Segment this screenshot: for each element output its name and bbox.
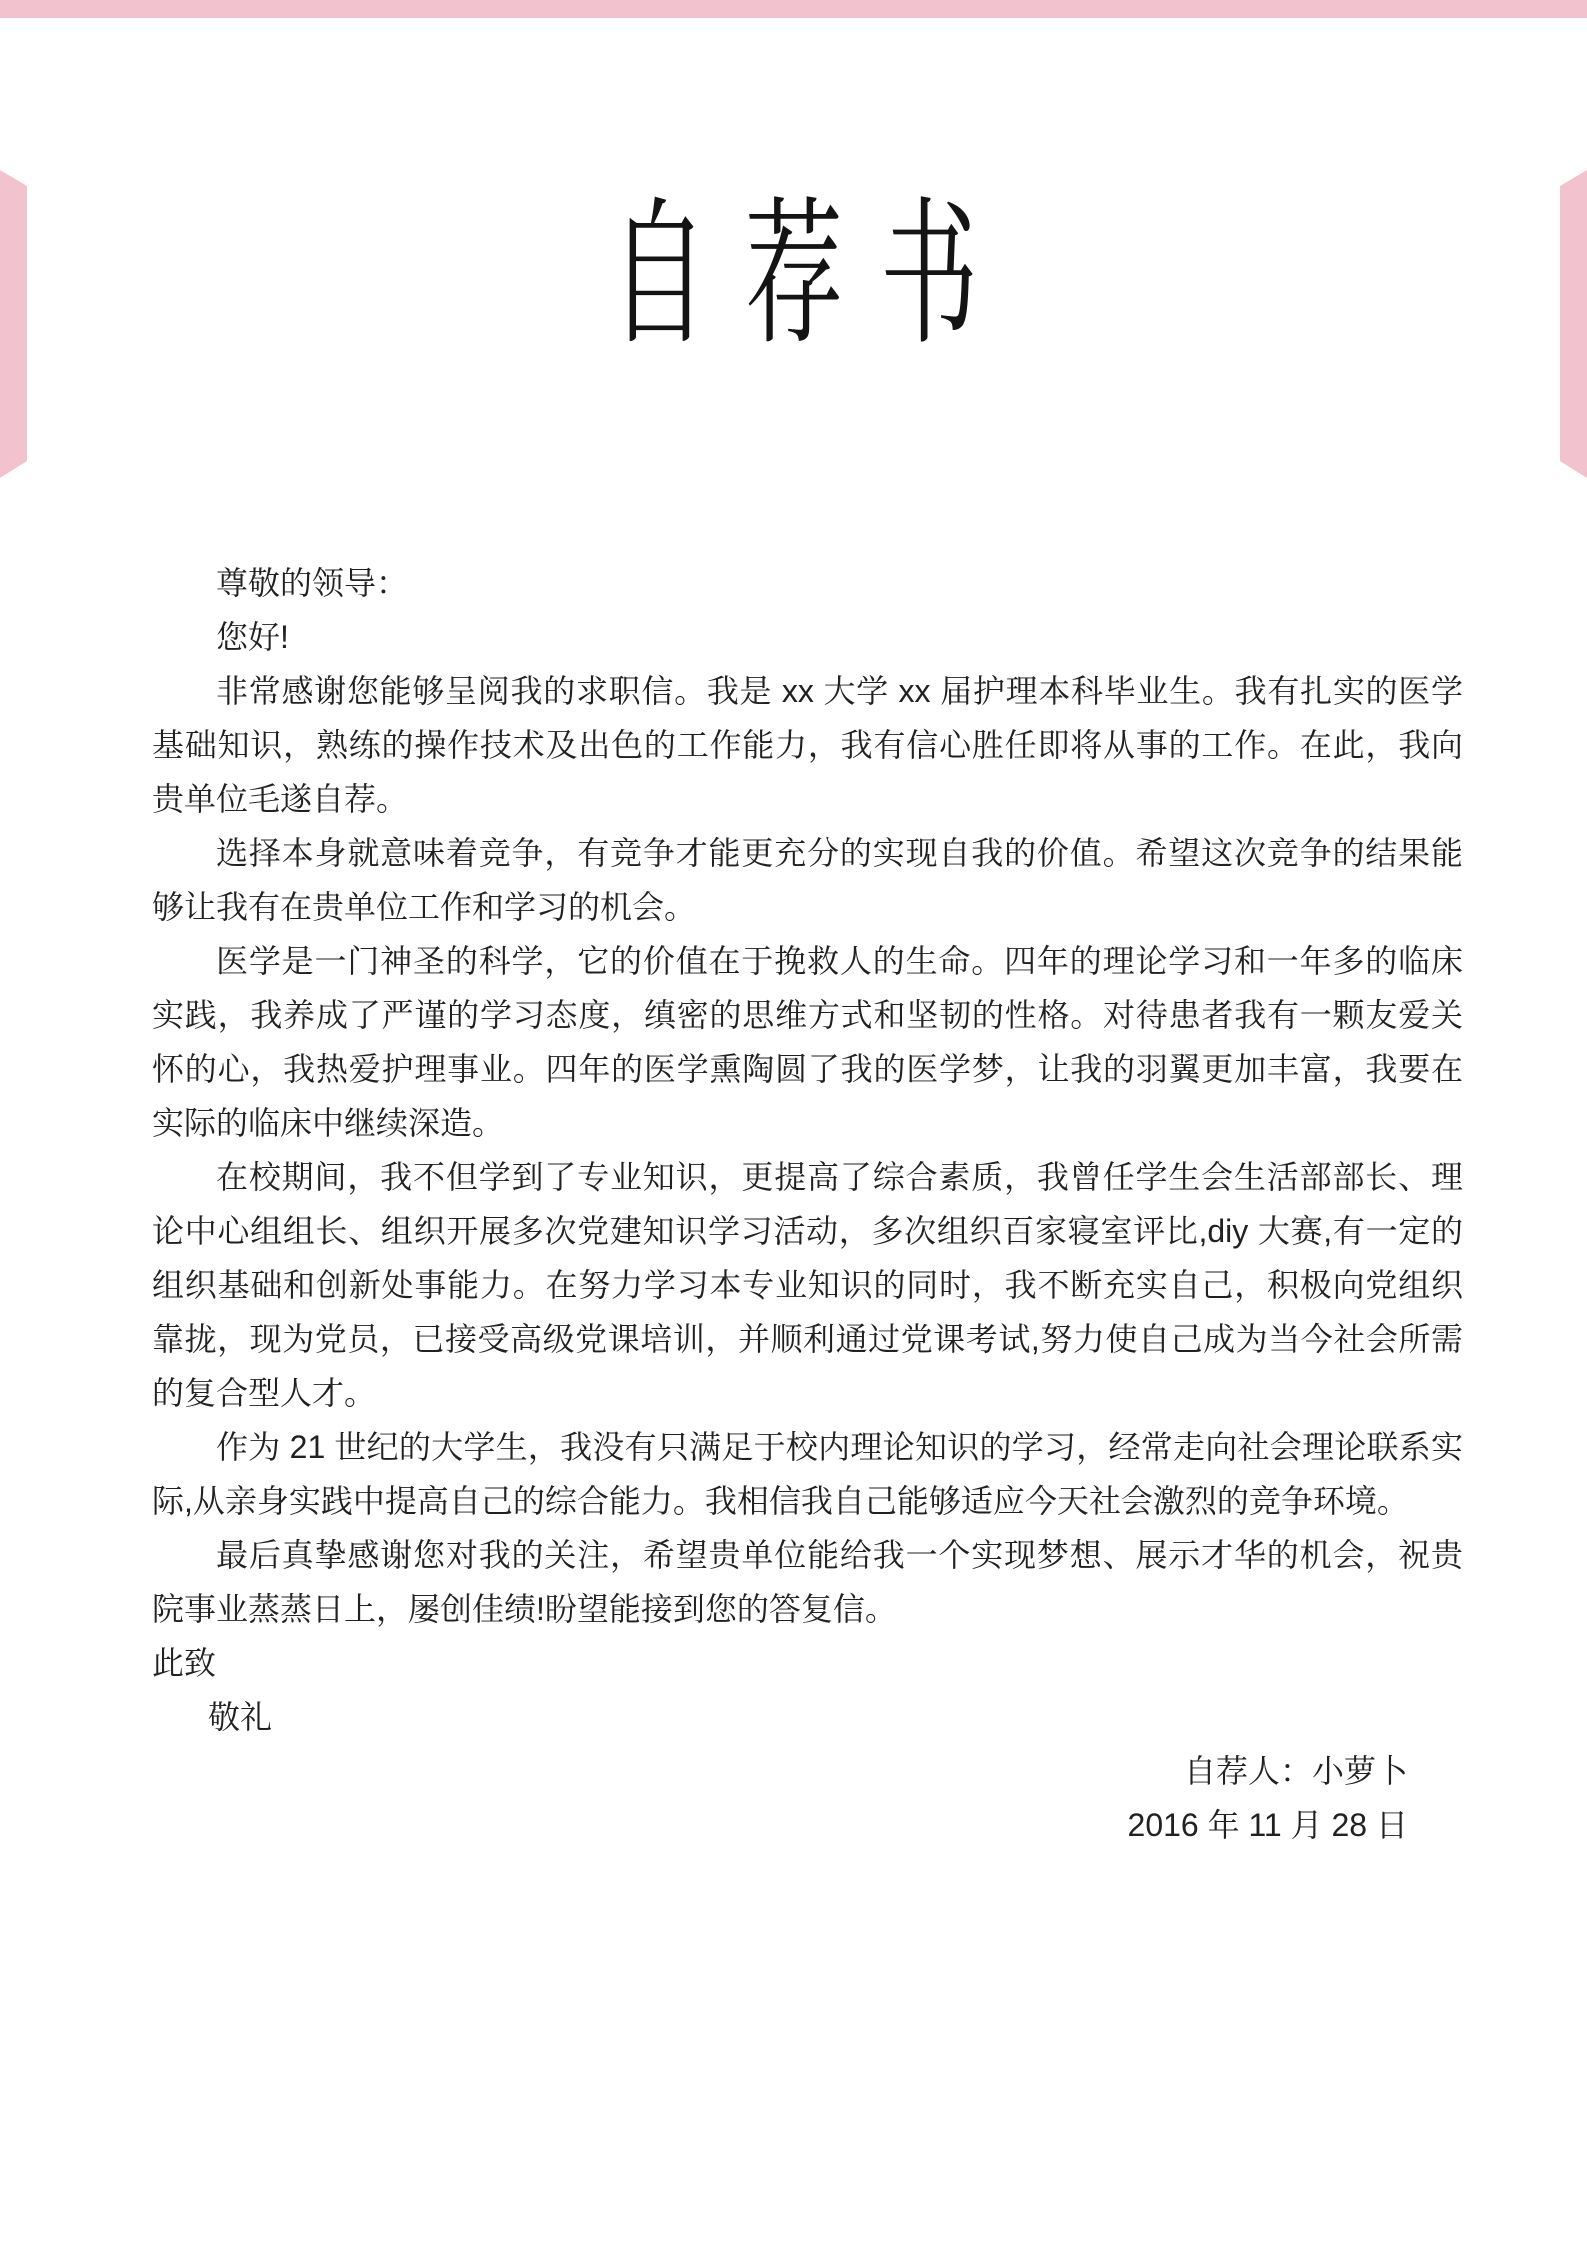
top-accent-bar	[0, 0, 1587, 18]
signature-date: 2016 年 11 月 28 日	[152, 1798, 1408, 1852]
paragraph: 在校期间，我不但学到了专业知识，更提高了综合素质，我曾任学生会生活部部长、理论中…	[152, 1150, 1463, 1420]
paragraph: 选择本身就意味着竞争，有竞争才能更充分的实现自我的价值。希望这次竞争的结果能够让…	[152, 826, 1463, 934]
paragraph: 作为 21 世纪的大学生，我没有只满足于校内理论知识的学习，经常走向社会理论联系…	[152, 1420, 1463, 1528]
title-block: 自荐书	[0, 196, 1587, 354]
page-title: 自荐书	[572, 196, 1015, 354]
signature-block: 自荐人：小萝卜 2016 年 11 月 28 日	[152, 1744, 1463, 1852]
greeting: 您好!	[152, 610, 1463, 664]
letter-body: 尊敬的领导： 您好! 非常感谢您能够呈阅我的求职信。我是 xx 大学 xx 届护…	[152, 556, 1463, 1852]
paragraph: 医学是一门神圣的科学，它的价值在于挽救人的生命。四年的理论学习和一年多的临床实践…	[152, 934, 1463, 1150]
paragraph: 最后真挚感谢您对我的关注，希望贵单位能给我一个实现梦想、展示才华的机会，祝贵院事…	[152, 1528, 1463, 1636]
closing-cizhi: 此致	[152, 1636, 1463, 1690]
paragraph: 非常感谢您能够呈阅我的求职信。我是 xx 大学 xx 届护理本科毕业生。我有扎实…	[152, 664, 1463, 826]
signature-name: 自荐人：小萝卜	[152, 1744, 1408, 1798]
closing-jingli: 敬礼	[152, 1690, 1463, 1744]
salutation: 尊敬的领导：	[152, 556, 1463, 610]
